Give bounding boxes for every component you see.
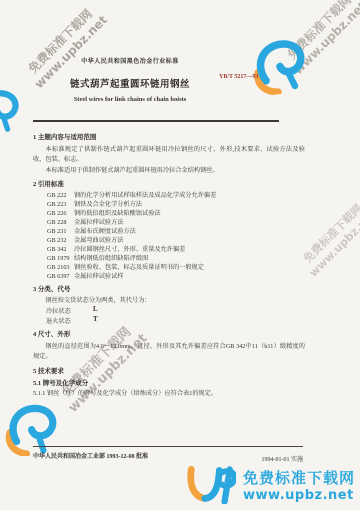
- class-code: T: [93, 315, 98, 323]
- reference-code: GB 226: [47, 209, 74, 218]
- reference-list: GB 222钢的化学分析用试样取样法及成品化学成分允许偏差 GB 223钢铁及合…: [47, 191, 216, 281]
- brand-site-url: www.upbz.net: [243, 488, 355, 503]
- reference-code: GB 223: [47, 200, 74, 209]
- reference-title: 金属拉伸试验试样: [74, 273, 124, 280]
- class-label: 冷拉状态: [46, 306, 71, 315]
- reference-title: 金属布氏硬度试验方法: [74, 228, 136, 235]
- standard-class-line: 中华人民共和国黑色冶金行业标准: [28, 56, 232, 65]
- page-title-english: Steel wires for link chains of chain hoi…: [28, 96, 232, 103]
- reference-item: GB 2103钢丝验收、包装、标志及质量证明书的一般规定: [47, 263, 216, 272]
- reference-code: GB 228: [47, 218, 74, 227]
- reference-item: GB 222钢的化学分析用试样取样法及成品化学成分允许偏差: [47, 191, 216, 200]
- class-code: L: [93, 305, 98, 313]
- watermark-top-left: 免费标准下载网 www.upbz.net: [6, 0, 126, 107]
- section-3-intro: 钢丝按交货状态分为两类，其代号为：: [33, 296, 305, 306]
- reference-title: 冷拉圆钢丝尺寸、外形、重量及允许偏差: [74, 246, 185, 253]
- section-4-heading: 4 尺寸、外形: [33, 329, 70, 338]
- scanned-standard-page: 免费标准下载网 www.upbz.net 免费标准下载网 www.upbz.ne…: [0, 0, 360, 510]
- reference-item: GB 1979结构钢低倍组织缺陷评级图: [47, 254, 216, 263]
- reference-code: GB 1979: [47, 254, 74, 263]
- reference-code: GB 342: [47, 245, 74, 254]
- reference-title: 钢丝验收、包装、标志及质量证明书的一般规定: [74, 264, 204, 271]
- watermark-site-url: www.upbz.net: [17, 0, 127, 107]
- section-1-heading: 1 主题内容与适用范围: [33, 132, 96, 141]
- upbz-brand-lockup: 免费标准下载网 www.upbz.net: [184, 466, 355, 504]
- upbz-logo-icon: [0, 86, 20, 134]
- reference-title: 金属拉伸试验方法: [74, 219, 124, 226]
- reference-item: GB 342冷拉圆钢丝尺寸、外形、重量及允许偏差: [47, 245, 216, 254]
- section-3-heading: 3 分类、代号: [33, 284, 70, 293]
- header-rule: [33, 120, 279, 122]
- section-5-clause: 5.1.1 钢丝（坯）的牌号及化学成分（熔炼成分）应符合表1的规定。: [33, 388, 217, 397]
- brand-text: 免费标准下载网 www.upbz.net: [243, 467, 355, 503]
- reference-code: GB 6397: [47, 272, 74, 281]
- reference-item: GB 6397金属拉伸试验试样: [47, 272, 216, 281]
- watermark-right-middle: 免费标准下载网 www.upbz.net: [286, 187, 360, 291]
- reference-item: GB 226钢的低倍组织及缺陷酸蚀试验法: [47, 209, 216, 218]
- section-4-paragraph: 钢丝的直径范围为4.0～12.0mm，直径、外形及其允许偏差应符合GB 342中…: [33, 342, 305, 362]
- reference-title: 钢的化学分析用试样取样法及成品化学成分允许偏差: [74, 192, 216, 199]
- reference-title: 钢铁及合金化学分析方法: [74, 201, 142, 208]
- reference-title: 钢的低倍组织及缺陷酸蚀试验法: [74, 210, 161, 217]
- reference-item: GB 231金属布氏硬度试验方法: [47, 227, 216, 236]
- implementation-date: 1994-01-01 实施: [203, 454, 303, 463]
- reference-code: GB 231: [47, 227, 74, 236]
- page-title: 链式葫芦起重圆环链用钢丝: [28, 76, 232, 90]
- reference-item: GB 232金属弯曲试验方法: [47, 236, 216, 245]
- reference-code: GB 222: [47, 191, 74, 200]
- section-2-heading: 2 引用标准: [33, 179, 64, 188]
- upbz-logo-icon: [242, 32, 313, 98]
- footer-rule: [33, 446, 303, 447]
- brand-site-name: 免费标准下载网: [243, 467, 355, 488]
- section-1-paragraph: 本标准适用于供制作链式葫芦起重圆环链用冷拉合金结构钢丝。: [33, 166, 305, 176]
- section-5-subheading: 5.1 牌号及化学成分: [33, 378, 88, 387]
- reference-item: GB 223钢铁及合金化学分析方法: [47, 200, 216, 209]
- section-1-paragraph: 本标准规定了供制作链式葫芦起重圆环链用冷拉钢丝的尺寸、外形,技术要求、试验方法及…: [33, 145, 305, 165]
- watermark-site-name: 免费标准下载网: [265, 0, 360, 82]
- reference-title: 金属弯曲试验方法: [74, 237, 124, 244]
- class-label: 退火状态: [46, 316, 71, 325]
- watermark-site-url: www.upbz.net: [57, 322, 160, 425]
- reference-code: GB 232: [47, 236, 74, 245]
- upbz-logo-icon: [2, 400, 58, 456]
- reference-code: GB 2103: [47, 263, 74, 272]
- reference-item: GB 228金属拉伸试验方法: [47, 218, 216, 227]
- watermark-site-name: 免费标准下载网: [286, 187, 360, 282]
- watermark-site-url: www.upbz.net: [296, 196, 360, 291]
- approval-line: 中华人民共和国冶金工业部 1993-12-08 批准: [33, 451, 148, 460]
- section-5-heading: 5 技术要求: [33, 366, 64, 375]
- watermark-site-name: 免费标准下载网: [46, 311, 149, 414]
- upbz-logo-icon: [184, 466, 236, 504]
- reference-title: 结构钢低倍组织缺陷评级图: [74, 255, 148, 262]
